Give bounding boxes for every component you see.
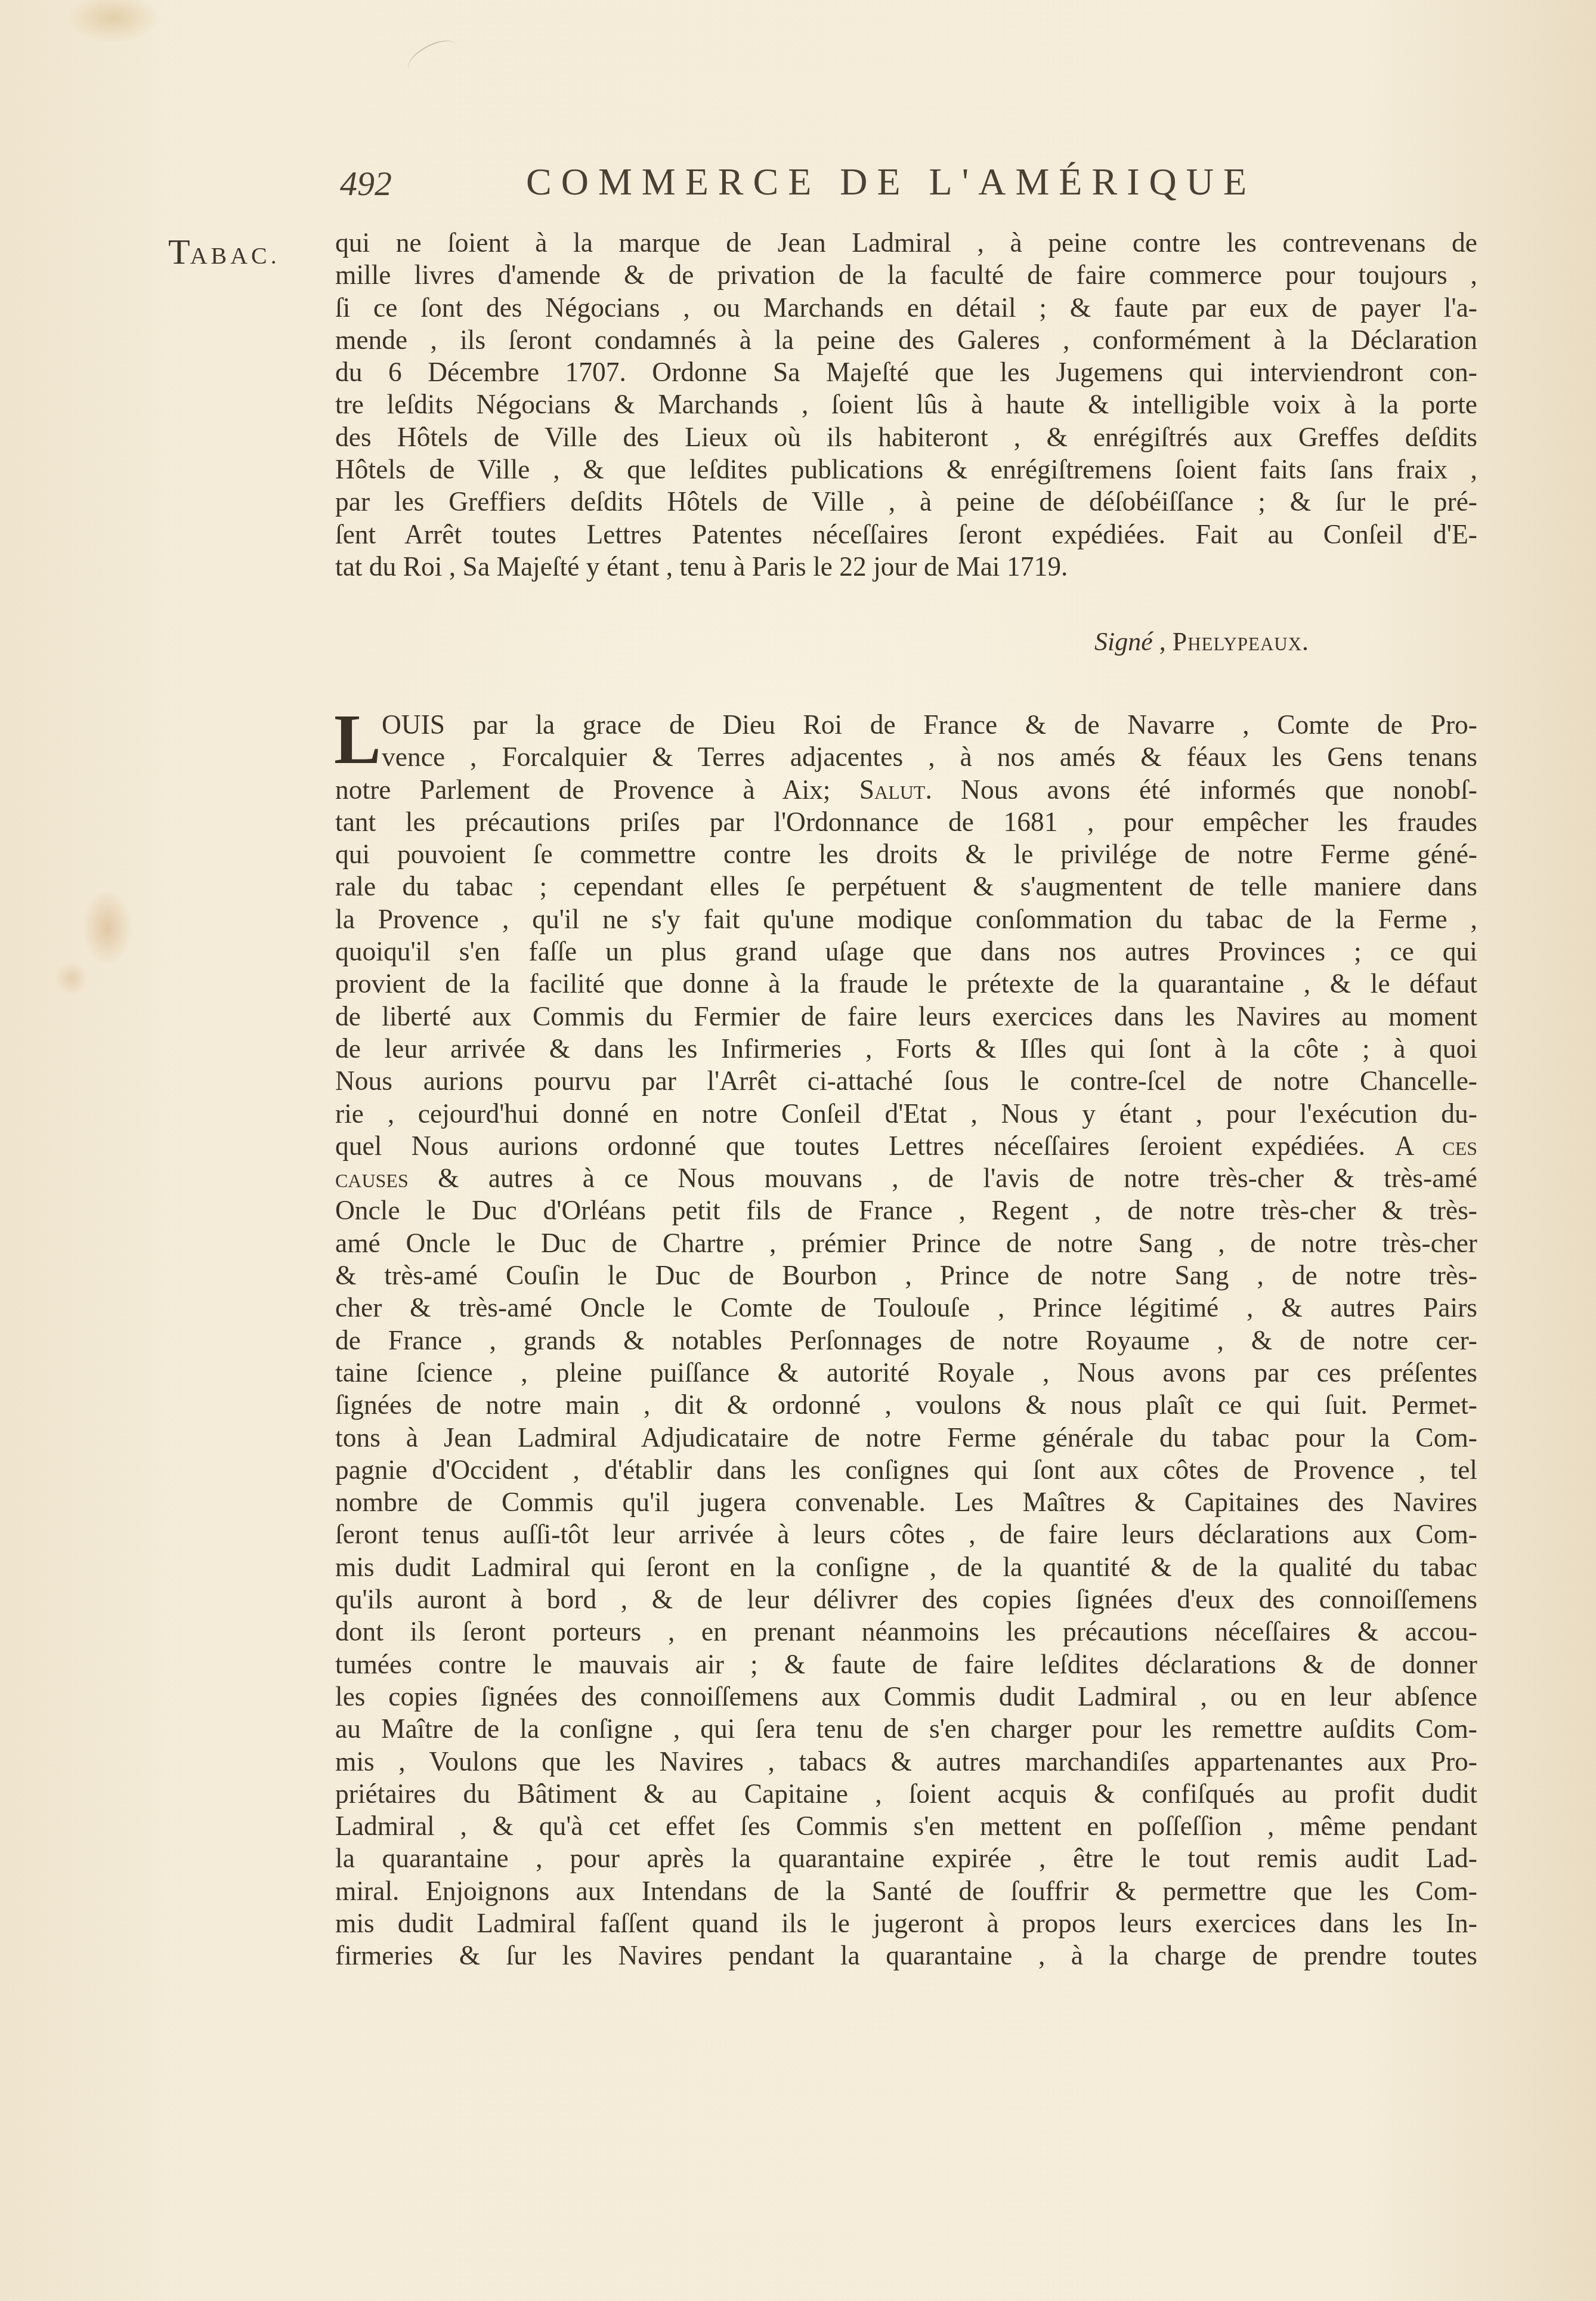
text-line: de liberté aux Commis du Fermier de fair… [335,1000,1477,1033]
text-line: la Provence , qu'il ne s'y fait qu'une m… [335,903,1477,935]
page-number: 492 [340,163,392,203]
text-line: causes & autres à ce Nous mouvans , de l… [335,1162,1477,1194]
text-line: priétaires du Bâtiment & au Capitaine , … [335,1778,1477,1810]
text-line: du 6 Décembre 1707. Ordonne Sa Majeſté q… [335,356,1477,388]
text-line: OUIS par la grace de Dieu Roi de France … [335,709,1477,741]
text-line: mis , Voulons que les Navires , tabacs &… [335,1746,1477,1778]
text-line: ſent Arrêt toutes Lettres Patentes néceſ… [335,518,1477,551]
text-line: de France , grands & notables Perſonnage… [335,1324,1477,1357]
text-line: rie , cejourd'hui donné en notre Conſeil… [335,1098,1477,1130]
text-line: tons à Jean Ladmiral Adjudicataire de no… [335,1422,1477,1454]
a-ces: A ces [1395,1131,1477,1161]
signature-signe: Signé [1094,627,1153,656]
signature-separator: , [1153,627,1173,656]
text-line: vence , Forcalquier & Terres adjacentes … [335,741,1477,773]
text-line: nombre de Commis qu'il jugera convenable… [335,1486,1477,1518]
text-line: provient de la facilité que donne à la f… [335,968,1477,1000]
text-line: les copies ſignées des connoiſſemens aux… [335,1681,1477,1713]
text-line: des Hôtels de Ville des Lieux où ils hab… [335,421,1477,453]
text-line: de leur arrivée & dans les Infirmeries ,… [335,1033,1477,1065]
text-line: cher & très-amé Oncle le Comte de Toulou… [335,1292,1477,1324]
text-line: amé Oncle le Duc de Chartre , prémier Pr… [335,1227,1477,1259]
text-line: la quarantaine , pour après la quarantai… [335,1842,1477,1874]
text-line: quel Nous aurions ordonné que toutes Let… [335,1130,1477,1162]
text-line: au Maître de la conſigne , qui ſera tenu… [335,1713,1477,1745]
text-line: taine ſcience , pleine puiſſance & autor… [335,1357,1477,1389]
text-line: dont ils ſeront porteurs , en prenant né… [335,1616,1477,1648]
lettres-patentes-text: L OUIS par la grace de Dieu Roi de Franc… [335,709,1477,1972]
text-line: Hôtels de Ville , & que leſdites publica… [335,453,1477,486]
text-line: ſignées de notre main , dit & ordonné , … [335,1389,1477,1421]
text-line: notre Parlement de Provence à Aix; Salut… [335,774,1477,806]
text-line: qu'ils auront à bord , & de leur délivre… [335,1583,1477,1616]
text-line: miral. Enjoignons aux Intendans de la Sa… [335,1875,1477,1907]
running-head: 492 COMMERCE DE L'AMÉRIQUE [340,160,1354,208]
causes: causes [335,1163,409,1193]
drop-cap-initial: L [334,710,381,770]
running-title: COMMERCE DE L'AMÉRIQUE [526,160,1256,204]
text-line: Ladmiral , & qu'à cet effet ſes Commis s… [335,1810,1477,1842]
text-line: tat du Roi , Sa Majeſté y étant , tenu à… [335,551,1477,583]
text-line: mende , ils ſeront condamnés à la peine … [335,324,1477,356]
text-line: tant les précautions priſes par l'Ordonn… [335,806,1477,838]
signature: Signé , Phelypeaux. [1094,626,1309,657]
margin-note-rest: ABAC. [190,242,280,269]
text-line: mis dudit Ladmiral qui ſeront en la conſ… [335,1551,1477,1583]
arret-text: qui ne ſoient à la marque de Jean Ladmir… [335,227,1477,583]
pencil-mark [403,33,462,81]
text-line: ſi ce ſont des Négocians , ou Marchands … [335,292,1477,324]
text-line: mille livres d'amende & de privation de … [335,259,1477,291]
text-line: qui pouvoient ſe commettre contre les dr… [335,838,1477,870]
text-line: & très-amé Couſin le Duc de Bourbon , Pr… [335,1259,1477,1292]
text-line: rale du tabac ; cependant elles ſe perpé… [335,870,1477,903]
text-line: tumées contre le mauvais air ; & faute d… [335,1648,1477,1681]
signature-name: Phelypeaux. [1173,627,1309,656]
text-line: firmeries & ſur les Navires pendant la q… [335,1939,1477,1972]
text-line: Oncle le Duc d'Orléans petit fils de Fra… [335,1194,1477,1227]
book-page: 492 COMMERCE DE L'AMÉRIQUE TABAC. qui ne… [0,0,1596,2301]
text-line: Nous aurions pourvu par l'Arrêt ci-attac… [335,1065,1477,1097]
text-line: tre leſdits Négocians & Marchands , ſoie… [335,388,1477,421]
first-word-rest: OUIS [382,709,445,740]
text-line: pagnie d'Occident , d'établir dans les c… [335,1454,1477,1486]
text-line: ſeront tenus auſſi-tôt leur arrivée à le… [335,1518,1477,1551]
salut: Salut. [859,774,932,805]
margin-note-tabac: TABAC. [168,231,280,273]
margin-note-initial: T [168,232,190,271]
text-line: par les Greffiers deſdits Hôtels de Vill… [335,486,1477,518]
text-line: quoiqu'il s'en faſſe un plus grand uſage… [335,935,1477,968]
text-line: qui ne ſoient à la marque de Jean Ladmir… [335,227,1477,259]
text-line: mis dudit Ladmiral faſſent quand ils le … [335,1907,1477,1939]
